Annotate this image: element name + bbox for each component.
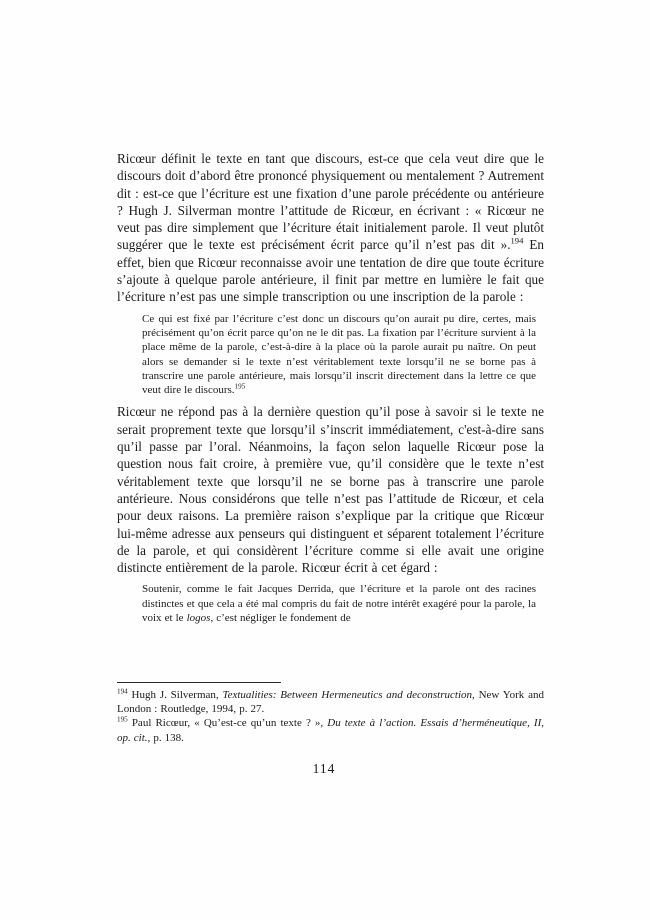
block-quote-2: Soutenir, comme le fait Jacques Derrida,… xyxy=(142,582,536,625)
paragraph-1: Ricœur définit le texte en tant que disc… xyxy=(117,150,544,306)
footnote-195-text-end: , p. 138. xyxy=(148,732,184,744)
footnote-separator-rule xyxy=(117,682,281,683)
block-quote-2-italic-term: logos xyxy=(187,612,211,624)
footnote-194-text: Hugh J. Silverman, xyxy=(128,689,223,701)
main-text-block: Ricœur définit le texte en tant que disc… xyxy=(117,150,544,631)
paragraph-2-text: Ricœur ne répond pas à la dernière quest… xyxy=(117,404,544,575)
footnote-195-text: Paul Ricœur, « Qu’est-ce qu’un texte ? »… xyxy=(128,717,328,729)
block-quote-1: Ce qui est fixé par l’écriture c’est don… xyxy=(142,312,536,398)
footnote-area: 194 Hugh J. Silverman, Textualities: Bet… xyxy=(117,682,544,745)
block-quote-1-text: Ce qui est fixé par l’écriture c’est don… xyxy=(142,313,536,396)
footnote-195: 195 Paul Ricœur, « Qu’est-ce qu’un texte… xyxy=(117,716,544,744)
footnote-194-marker: 194 xyxy=(117,687,128,695)
footnote-194: 194 Hugh J. Silverman, Textualities: Bet… xyxy=(117,688,544,716)
paragraph-2: Ricœur ne répond pas à la dernière quest… xyxy=(117,403,544,576)
footnote-ref-194: 194 xyxy=(511,236,524,246)
footnote-195-marker: 195 xyxy=(117,716,128,724)
document-page: Ricœur définit le texte en tant que disc… xyxy=(0,0,650,920)
paragraph-1-text: Ricœur définit le texte en tant que disc… xyxy=(117,151,544,252)
footnote-ref-195: 195 xyxy=(235,383,246,391)
footnote-194-title: Textualities: Between Hermeneutics and d… xyxy=(222,689,472,701)
page-number: 114 xyxy=(117,761,531,777)
block-quote-2-text-end: , c’est négliger le fondement de xyxy=(210,612,350,624)
